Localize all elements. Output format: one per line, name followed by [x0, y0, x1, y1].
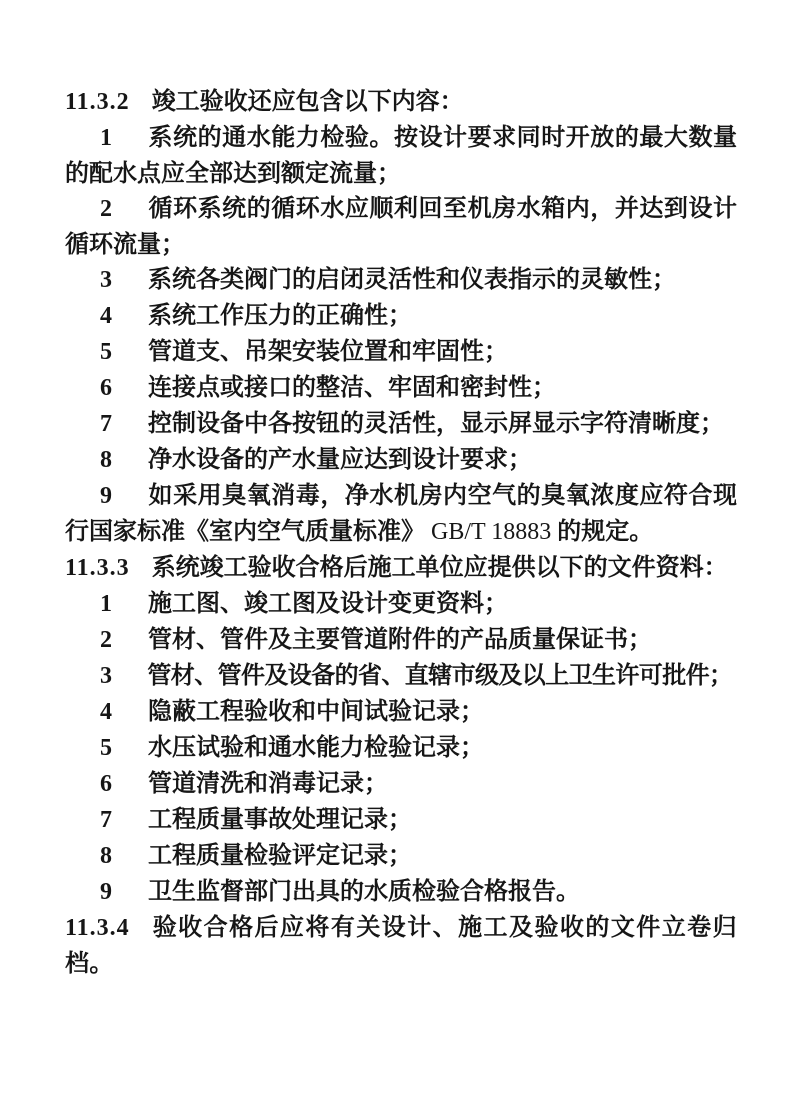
list-item: 3管材、管件及设备的省、直辖市级及以上卫生许可批件；	[65, 658, 737, 694]
clause-title: 系统竣工验收合格后施工单位应提供以下的文件资料：	[152, 554, 728, 581]
clause-heading: 11.3.3系统竣工验收合格后施工单位应提供以下的文件资料：	[65, 550, 737, 586]
clause-number: 11.3.2	[65, 89, 130, 115]
item-text: 系统的通水能力检验。按设计要求同时开放的最大数量的配水点应全部达到额定流量；	[65, 124, 737, 187]
item-text: 系统各类阀门的启闭灵活性和仪表指示的灵敏性；	[148, 266, 676, 293]
item-text: 连接点或接口的整洁、牢固和密封性；	[148, 374, 556, 401]
item-number: 8	[100, 447, 112, 473]
item-text: 工程质量检验评定记录；	[148, 842, 412, 869]
section-11-3-4: 11.3.4验收合格后应将有关设计、施工及验收的文件立卷归档。	[65, 910, 737, 981]
item-number: 8	[100, 843, 112, 869]
list-item: 9卫生监督部门出具的水质检验合格报告。	[65, 874, 737, 910]
clause-number: 11.3.3	[65, 555, 130, 581]
item-number: 7	[100, 411, 112, 437]
item-text: 卫生监督部门出具的水质检验合格报告。	[148, 878, 580, 905]
list-item: 1施工图、竣工图及设计变更资料；	[65, 586, 737, 622]
clause-number: 11.3.4	[65, 915, 130, 941]
item-number: 5	[100, 339, 112, 365]
list-item: 2循环系统的循环水应顺利回至机房水箱内，并达到设计循环流量；	[65, 191, 737, 262]
item-number: 3	[100, 267, 112, 293]
list-item: 8工程质量检验评定记录；	[65, 838, 737, 874]
list-item: 6连接点或接口的整洁、牢固和密封性；	[65, 370, 737, 406]
item-number: 6	[100, 375, 112, 401]
item-text: 工程质量事故处理记录；	[148, 806, 412, 833]
item-text: 施工图、竣工图及设计变更资料；	[148, 590, 508, 617]
item-text: 隐蔽工程验收和中间试验记录；	[148, 698, 484, 725]
section-11-3-3: 11.3.3系统竣工验收合格后施工单位应提供以下的文件资料： 1施工图、竣工图及…	[65, 550, 737, 910]
list-item: 5水压试验和通水能力检验记录；	[65, 730, 737, 766]
list-item: 5管道支、吊架安装位置和牢固性；	[65, 334, 737, 370]
item-number: 9	[100, 483, 112, 509]
item-number: 3	[100, 663, 111, 689]
item-number: 4	[100, 699, 112, 725]
list-item: 3系统各类阀门的启闭灵活性和仪表指示的灵敏性；	[65, 262, 737, 298]
item-number: 2	[100, 196, 112, 222]
clause-heading: 11.3.4验收合格后应将有关设计、施工及验收的文件立卷归档。	[65, 910, 737, 981]
list-item: 7控制设备中各按钮的灵活性，显示屏显示字符清晰度；	[65, 406, 737, 442]
item-number: 4	[100, 303, 112, 329]
list-item: 6管道清洗和消毒记录；	[65, 766, 737, 802]
item-number: 9	[100, 879, 112, 905]
document-text-block: 11.3.2竣工验收还应包含以下内容： 1系统的通水能力检验。按设计要求同时开放…	[65, 84, 737, 981]
list-item: 4隐蔽工程验收和中间试验记录；	[65, 694, 737, 730]
clause-heading: 11.3.2竣工验收还应包含以下内容：	[65, 84, 737, 120]
item-number: 2	[100, 627, 112, 653]
item-number: 1	[100, 591, 112, 617]
list-item: 4系统工作压力的正确性；	[65, 298, 737, 334]
item-text: 管道清洗和消毒记录；	[148, 770, 388, 797]
clause-title: 竣工验收还应包含以下内容：	[152, 88, 464, 115]
item-text: 循环系统的循环水应顺利回至机房水箱内，并达到设计循环流量；	[65, 195, 737, 258]
document-page: 11.3.2竣工验收还应包含以下内容： 1系统的通水能力检验。按设计要求同时开放…	[0, 0, 800, 1120]
list-item: 8净水设备的产水量应达到设计要求；	[65, 442, 737, 478]
item-number: 6	[100, 771, 112, 797]
list-item: 7工程质量事故处理记录；	[65, 802, 737, 838]
item-text: 管材、管件及设备的省、直辖市级及以上卫生许可批件；	[147, 662, 732, 689]
item-text: 的规定。	[557, 518, 653, 545]
list-item: 2管材、管件及主要管道附件的产品质量保证书；	[65, 622, 737, 658]
item-text: 控制设备中各按钮的灵活性，显示屏显示字符清晰度；	[148, 410, 724, 437]
item-text: 系统工作压力的正确性；	[148, 302, 412, 329]
item-number: 5	[100, 735, 112, 761]
item-text: 管材、管件及主要管道附件的产品质量保证书；	[148, 626, 652, 653]
item-number: 7	[100, 807, 112, 833]
item-number: 1	[100, 125, 112, 151]
list-item: 1系统的通水能力检验。按设计要求同时开放的最大数量的配水点应全部达到额定流量；	[65, 120, 737, 191]
clause-title: 验收合格后应将有关设计、施工及验收的文件立卷归档。	[65, 914, 737, 977]
section-11-3-2: 11.3.2竣工验收还应包含以下内容： 1系统的通水能力检验。按设计要求同时开放…	[65, 84, 737, 550]
item-text: 管道支、吊架安装位置和牢固性；	[148, 338, 508, 365]
list-item: 9如采用臭氧消毒，净水机房内空气的臭氧浓度应符合现行国家标准《室内空气质量标准》…	[65, 478, 737, 550]
standard-code: GB/T 18883	[431, 519, 551, 545]
item-text: 水压试验和通水能力检验记录；	[148, 734, 484, 761]
item-text: 净水设备的产水量应达到设计要求；	[148, 446, 532, 473]
